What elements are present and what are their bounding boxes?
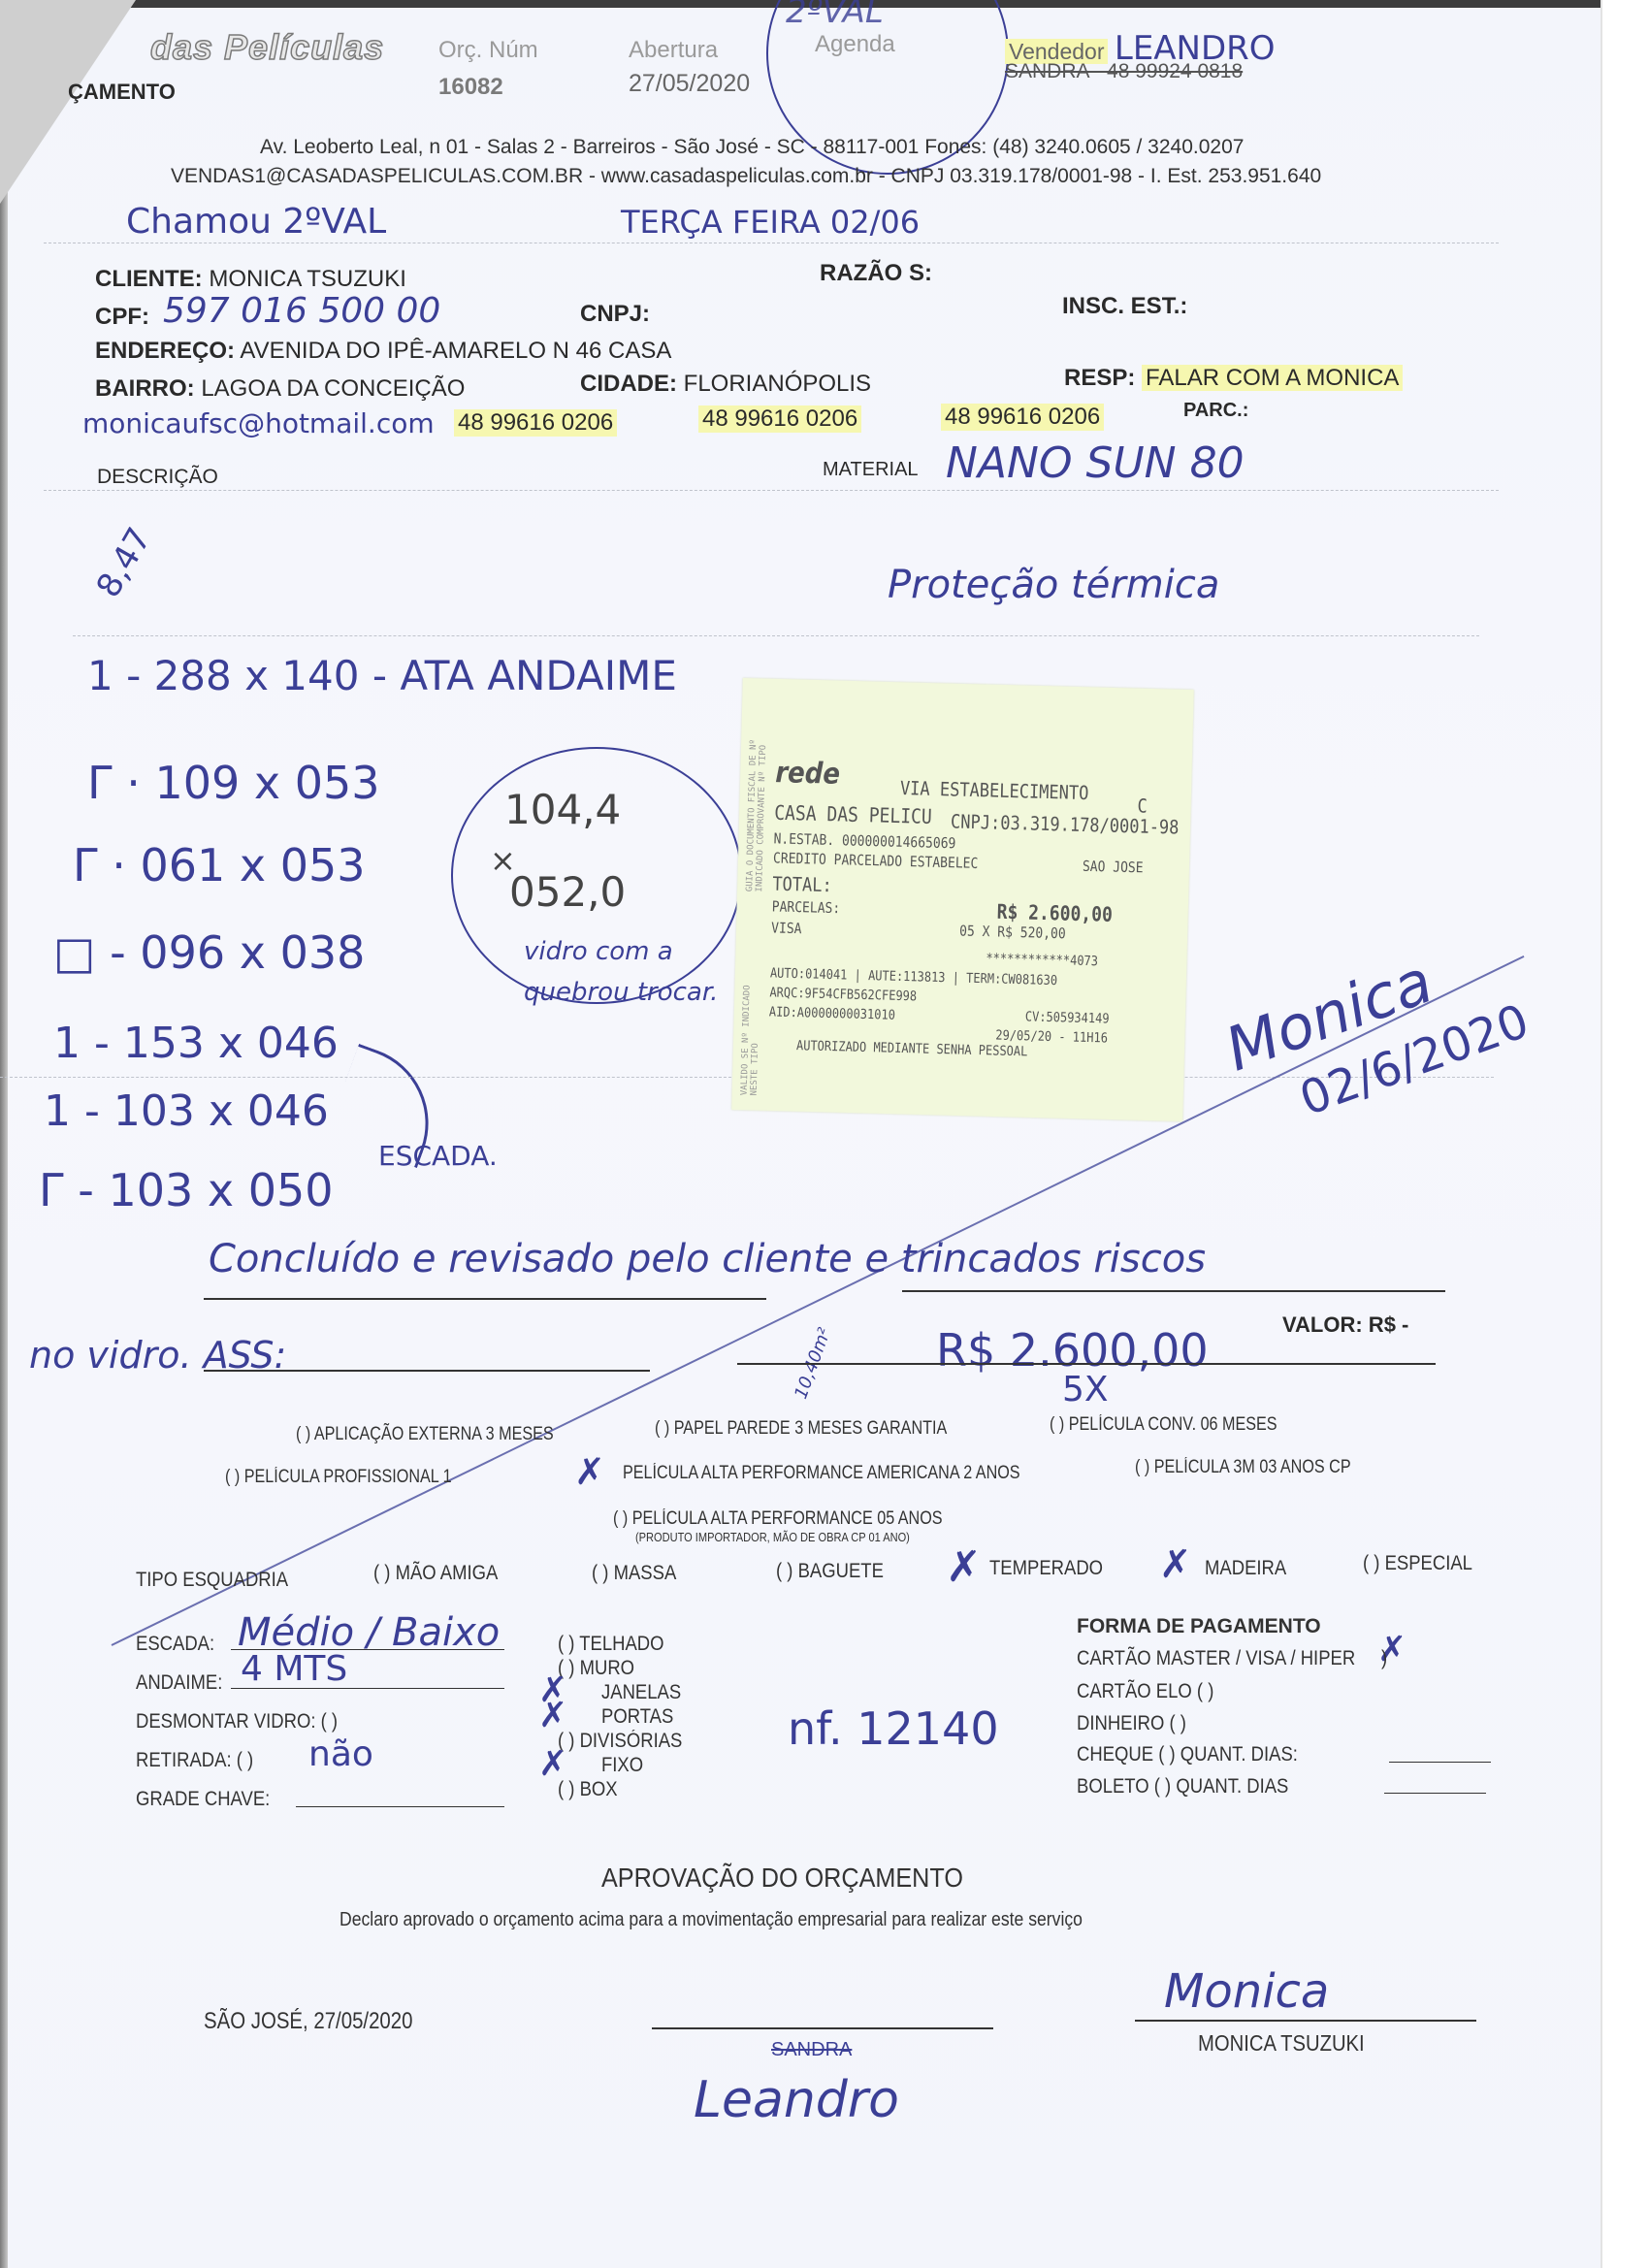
descricao-label: DESCRIÇÃO — [97, 466, 218, 489]
company-logo: das Películas — [150, 27, 384, 68]
document-title: ÇAMENTO — [68, 80, 176, 105]
scan-border-left — [0, 0, 8, 2268]
option-pelicula-alta-5anos[interactable]: ( ) PELÍCULA ALTA PERFORMANCE 05 ANOS — [613, 1508, 943, 1530]
endereco-label: ENDEREÇO: — [95, 338, 235, 364]
boleto-days-underline[interactable] — [1384, 1793, 1486, 1794]
andaime-value[interactable]: 4 MTS — [241, 1649, 347, 1689]
cheque-days-underline[interactable] — [1389, 1762, 1491, 1763]
location-divisorias[interactable]: ( ) DIVISÓRIAS — [558, 1730, 682, 1753]
receipt-type: CREDITO PARCELADO ESTABELEC — [773, 851, 979, 873]
divider — [73, 635, 1479, 636]
endereco-value: AVENIDA DO IPÊ-AMARELO N 46 CASA — [240, 338, 671, 364]
bairro-value: LAGOA DA CONCEIÇÃO — [201, 375, 465, 402]
receipt-copy-mark: C — [1137, 795, 1148, 818]
receipt-card-masked: ************4073 — [986, 951, 1098, 969]
receipt-card-brand: VISA — [771, 921, 802, 938]
cnpj-label: CNPJ: — [580, 301, 650, 328]
cliente-value: MONICA TSUZUKI — [209, 266, 406, 292]
payment-cartao-elo[interactable]: CARTÃO ELO ( ) — [1077, 1680, 1213, 1703]
receipt-side-text: GUIA O DOCUMENTO FISCAL DE Nº INDICADO C… — [745, 697, 769, 891]
calc-bottom: 052,0 — [509, 868, 626, 916]
bairro-label: BAIRRO: — [95, 375, 195, 402]
cidade-field: CIDADE: FLORIANÓPOLIS — [580, 371, 871, 398]
valor-underline — [737, 1363, 1436, 1365]
abertura-label: Abertura — [629, 37, 718, 64]
grade-chave-label: GRADE CHAVE: — [136, 1788, 270, 1811]
cidade-label: CIDADE: — [580, 371, 677, 397]
phone-2: 48 99616 0206 — [698, 405, 861, 433]
approval-title: APROVAÇÃO DO ORÇAMENTO — [601, 1863, 963, 1894]
approval-declaration: Declaro aprovado o orçamento acima para … — [339, 1909, 1083, 1931]
measurement-item: Γ - 103 x 050 — [39, 1164, 334, 1216]
esquadria-temperado[interactable]: TEMPERADO — [989, 1557, 1103, 1580]
note-underline — [902, 1290, 1445, 1292]
option-pelicula-conv[interactable]: ( ) PELÍCULA CONV. 06 MESES — [1050, 1414, 1277, 1436]
payment-cartao-master-paren: ) — [1381, 1647, 1387, 1670]
material-label: MATERIAL — [823, 459, 919, 481]
vendedor-struck: SANDRA - 48 99924 0818 — [1005, 60, 1243, 83]
payment-cartao-master[interactable]: CARTÃO MASTER / VISA / HIPER — [1077, 1647, 1355, 1670]
razao-label: RAZÃO S: — [820, 260, 932, 287]
receipt-merchant: CASA DAS PELICU — [774, 801, 932, 828]
card-receipt: GUIA O DOCUMENTO FISCAL DE Nº INDICADO C… — [731, 678, 1193, 1121]
retirada-label[interactable]: RETIRADA: ( ) — [136, 1749, 253, 1772]
retirada-value: não — [308, 1734, 373, 1774]
esquadria-madeira[interactable]: MADEIRA — [1205, 1557, 1286, 1580]
phone-3: 48 99616 0206 — [941, 404, 1104, 431]
receipt-city: SAO JOSE — [1083, 859, 1144, 877]
option-pelicula-3m[interactable]: ( ) PELÍCULA 3M 03 ANOS CP — [1135, 1457, 1351, 1478]
note-underline — [204, 1298, 766, 1300]
payment-title: FORMA DE PAGAMENTO — [1077, 1615, 1321, 1638]
measurement-item: Γ · 109 x 053 — [87, 757, 380, 809]
payment-cheque[interactable]: CHEQUE ( ) QUANT. DIAS: — [1077, 1743, 1298, 1766]
receipt-estab: N.ESTAB. 000000014665069 — [773, 831, 955, 853]
circled-note: vidro com a quebrou trocar. — [524, 931, 737, 1013]
cpf-label: CPF: — [95, 304, 149, 331]
insc-est-label: INSC. EST.: — [1062, 293, 1187, 320]
cliente-field: CLIENTE: MONICA TSUZUKI — [95, 266, 406, 293]
resp-field: RESP: FALAR COM A MONICA — [1064, 365, 1403, 392]
location-janelas[interactable]: JANELAS — [601, 1681, 681, 1704]
measurement-item: 1 - 153 x 046 — [53, 1019, 339, 1068]
bairro-field: BAIRRO: LAGOA DA CONCEIÇÃO — [95, 375, 465, 403]
measurement-item: 1 - 103 x 046 — [44, 1086, 329, 1136]
scan-border-right — [1600, 0, 1649, 2268]
parc-label: PARC.: — [1183, 400, 1248, 422]
orc-num-value: 16082 — [438, 74, 503, 101]
installments-note: 5X — [1062, 1370, 1109, 1409]
esquadria-baguete[interactable]: ( ) BAGUETE — [776, 1560, 884, 1583]
receipt-total-value: R$ 2.600,00 — [996, 900, 1113, 926]
receipt-footer: AUTORIZADO MEDIANTE SENHA PESSOAL — [796, 1038, 1028, 1059]
payment-boleto[interactable]: BOLETO ( ) QUANT. DIAS — [1077, 1775, 1288, 1798]
receipt-cnpj: CNPJ:03.319.178/0001-98 — [951, 811, 1180, 839]
divider — [44, 243, 1499, 243]
payment-dinheiro[interactable]: DINHEIRO ( ) — [1077, 1712, 1186, 1735]
receipt-parcelas-label: PARCELAS: — [772, 899, 841, 918]
calc-top: 104,4 — [504, 786, 621, 833]
grade-chave-underline[interactable] — [296, 1806, 504, 1807]
seller-signature: Leandro — [694, 2071, 899, 2129]
seller-signature-line — [652, 2027, 993, 2029]
orc-num-label: Orç. Núm — [438, 37, 538, 64]
client-signature-line — [1135, 2020, 1476, 2022]
receipt-title: VIA ESTABELECIMENTO — [900, 778, 1089, 805]
esquadria-especial[interactable]: ( ) ESPECIAL — [1363, 1552, 1472, 1575]
company-address: Av. Leoberto Leal, n 01 - Salas 2 - Barr… — [260, 136, 1244, 159]
desmontar-vidro-field[interactable]: DESMONTAR VIDRO: ( ) — [136, 1710, 338, 1733]
option-pelicula-alta-5anos-note: (PRODUTO IMPORTADOR, MÃO DE OBRA CP 01 A… — [635, 1530, 910, 1544]
approval-place-date: SÃO JOSÉ, 27/05/2020 — [204, 2008, 412, 2035]
divider — [44, 490, 1499, 491]
client-signature: Monica — [1164, 1964, 1329, 2019]
receipt-parcelas-value: 05 X R$ 520,00 — [959, 923, 1066, 943]
escada-note: ESCADA. — [378, 1140, 498, 1172]
location-portas[interactable]: PORTAS — [601, 1705, 673, 1729]
esquadria-label: TIPO ESQUADRIA — [136, 1569, 288, 1592]
completion-note-line1: Concluído e revisado pelo cliente e trin… — [209, 1237, 1206, 1281]
measurement-item: 1 - 288 x 140 - ATA ANDAIME — [87, 652, 677, 699]
receipt-cv: CV:505934149 — [1025, 1009, 1110, 1026]
abertura-value: 27/05/2020 — [629, 70, 750, 98]
cidade-value: FLORIANÓPOLIS — [684, 371, 871, 397]
valor-value: R$ 2.600,00 — [936, 1324, 1209, 1377]
location-fixo[interactable]: FIXO — [601, 1754, 643, 1777]
product-note: Proteção térmica — [888, 563, 1219, 607]
company-contact: VENDAS1@CASADASPELICULAS.COM.BR - www.ca… — [171, 165, 1321, 188]
andaime-underline — [231, 1688, 504, 1689]
cpf-value: 597 016 500 00 — [163, 291, 440, 331]
nf-note: nf. 12140 — [788, 1702, 999, 1755]
measurement-item: □ - 096 x 038 — [53, 926, 365, 979]
cliente-label: CLIENTE: — [95, 266, 203, 292]
note-chamou: Chamou 2ºVAL — [126, 202, 386, 242]
esquadria-massa[interactable]: ( ) MASSA — [592, 1562, 676, 1585]
receipt-arqc: ARQC:9F54CFB562CFE998 — [769, 985, 917, 1004]
option-aplicacao-externa[interactable]: ( ) APLICAÇÃO EXTERNA 3 MESES — [296, 1424, 554, 1445]
receipt-total-label: TOTAL: — [772, 873, 832, 897]
option-pelicula-alta-americana[interactable]: PELÍCULA ALTA PERFORMANCE AMERICANA 2 AN… — [623, 1463, 1020, 1484]
note-date: TERÇA FEIRA 02/06 — [621, 204, 920, 241]
material-value: NANO SUN 80 — [946, 438, 1245, 488]
resp-label: RESP: — [1064, 365, 1135, 391]
receipt-brand: rede — [775, 757, 841, 792]
option-pelicula-profissional[interactable]: ( ) PELÍCULA PROFISSIONAL 1 — [225, 1467, 452, 1488]
measurement-item: Γ · 061 x 053 — [73, 839, 366, 891]
seller-name-struck: SANDRA — [771, 2039, 852, 2061]
signature-underline — [204, 1370, 650, 1372]
valor-label: VALOR: R$ - — [1282, 1312, 1408, 1338]
checkmark-icon: ✗ — [574, 1450, 605, 1493]
receipt-side-text: VALIDO SE Nº INDICADO NESTE TIPO — [740, 969, 762, 1095]
phone-1: 48 99616 0206 — [454, 409, 617, 437]
checkmark-icon: ✗ — [946, 1542, 982, 1592]
location-muro[interactable]: ( ) MURO — [558, 1657, 634, 1680]
checkmark-icon: ✗ — [1159, 1542, 1192, 1587]
andaime-label: ANDAIME: — [136, 1671, 222, 1695]
option-papel-parede[interactable]: ( ) PAPEL PAREDE 3 MESES GARANTIA — [655, 1418, 947, 1440]
location-box[interactable]: ( ) BOX — [558, 1778, 618, 1801]
escada-label: ESCADA: — [136, 1633, 214, 1656]
email-handwritten: monicaufsc@hotmail.com — [82, 407, 435, 439]
receipt-aid: AID:A0000000031010 — [769, 1004, 895, 1022]
esquadria-mao-amiga[interactable]: ( ) MÃO AMIGA — [373, 1562, 498, 1585]
endereco-field: ENDEREÇO: AVENIDA DO IPÊ-AMARELO N 46 CA… — [95, 338, 671, 365]
location-telhado[interactable]: ( ) TELHADO — [558, 1633, 664, 1656]
resp-value: FALAR COM A MONICA — [1142, 365, 1403, 391]
client-name: MONICA TSUZUKI — [1198, 2030, 1365, 2057]
